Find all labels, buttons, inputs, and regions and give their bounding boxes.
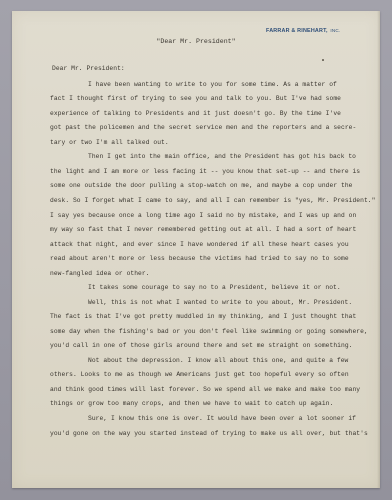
body-line: desk. So I forget what I came to say, an… <box>50 197 375 205</box>
letterhead-stamp: FARRAR & RINEHART, INC. <box>266 28 340 34</box>
body-line: experience of talking to Presidents and … <box>50 110 341 118</box>
body-line: some day when the fishing's bad or you d… <box>50 328 368 336</box>
body-line: Sure, I know this one is over. It would … <box>88 415 356 423</box>
body-line: some one outside the door pulling a stop… <box>50 182 352 190</box>
body-line: others. Looks to me as though we America… <box>50 371 349 379</box>
body-line: got past the policemen and the secret se… <box>50 124 356 132</box>
body-line: I say yes because once a long time ago I… <box>50 212 356 220</box>
body-line: and think good times will last forever. … <box>50 386 360 394</box>
letterhead-name: FARRAR & RINEHART, <box>266 28 328 34</box>
body-line: you'd gone on the way you started instea… <box>50 430 368 438</box>
letterhead-suffix: INC. <box>330 28 340 33</box>
body-line: you'd call in one of those girls around … <box>50 342 352 350</box>
body-line: new-fangled idea or other. <box>50 270 150 278</box>
body-line: Well, this is not what I wanted to write… <box>88 299 352 307</box>
document-title: "Dear Mr. President" <box>0 38 392 45</box>
salutation: Dear Mr. President: <box>52 65 125 73</box>
body-line: It takes some courage to say no to a Pre… <box>88 284 341 292</box>
body-line: The fact is that I've got pretty muddled… <box>50 313 356 321</box>
body-line: Then I get into the main office, and the… <box>88 153 356 161</box>
body-line: fact I thought first of trying to see yo… <box>50 95 341 103</box>
body-line: Not about the depression. I know all abo… <box>88 357 348 365</box>
body-line: things or grow too many crops, and then … <box>50 400 333 408</box>
body-line: attack that night, and ever since I have… <box>50 241 349 249</box>
body-line: tary or two I'm all talked out. <box>50 139 169 147</box>
body-line: the light and I am more or less facing i… <box>50 168 360 176</box>
body-line: read about aren't more or less because t… <box>50 255 349 263</box>
ink-speck <box>322 59 324 61</box>
body-line: I have been wanting to write to you for … <box>88 81 337 89</box>
body-line: my way so fast that I never remembered g… <box>50 226 356 234</box>
